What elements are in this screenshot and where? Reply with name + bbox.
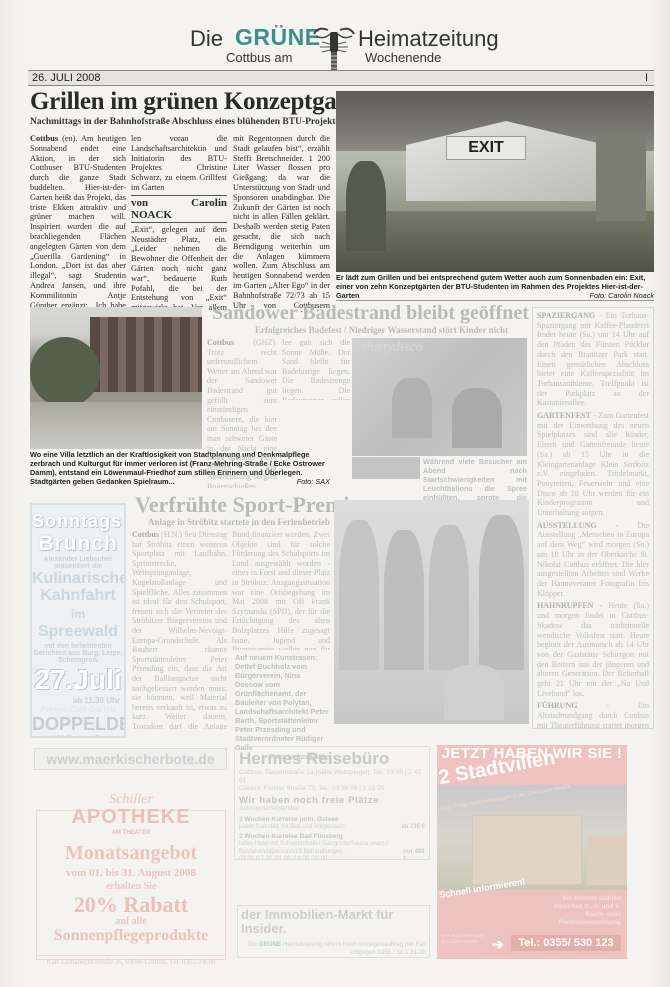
brunch-ad[interactable]: Sonntags- Brunch Alexander Liebscher prä… <box>30 503 126 738</box>
event-item: HAHNRUPFEN - Heute (Sa.) und morgen find… <box>537 601 649 698</box>
events-sidebar: SPAZIERGANG - Ein Torhaus-Spaziergang mi… <box>532 307 654 729</box>
immo-text: Die <box>248 941 259 948</box>
hermes-addr2: Döbern, Forster Straße 73, Tel.: 03 56 0… <box>239 785 425 793</box>
masthead: Die GRÜNE Heimatzeitung Cottbus am Woche… <box>160 0 520 60</box>
sandow-headline: Sandower Badestrand bleibt geöffnet <box>212 302 529 325</box>
hermes-months: Juli/August/September <box>239 806 425 814</box>
offer-row: Busfahrt/Vollpension/25 Behandlungen · 0… <box>239 849 425 861</box>
brunch-time: ab 11.30 Uhr <box>32 696 124 705</box>
apotheke-address: Karl-Liebknecht-Straße 26, 03046 Cottbus… <box>36 955 226 966</box>
brunch-venue: DOPPELDECK <box>32 714 124 735</box>
event-text: - Die Ausstellung „Menschen in Europa au… <box>537 521 649 598</box>
col-text: (GHZ). Trotz recht unfreundlichem Wetter… <box>207 338 277 488</box>
offer-desc2: Busfahrt/Vollpension/25 Behandlungen · 0… <box>239 849 403 861</box>
photo-credit: Foto: SAX <box>297 477 330 486</box>
event-text: - Heute (Sa.) und morgen findet in Cottb… <box>537 601 649 697</box>
masthead-heimatzeitung: Heimatzeitung <box>358 26 499 52</box>
stadtvillen-ad[interactable]: JETZT HABEN WIR SIE ! 2 Stadtvillen mit … <box>437 745 627 959</box>
col-text: Bund finanziert worden. Zwei Objekte sin… <box>232 530 330 650</box>
masthead-die: Die <box>190 26 223 52</box>
sport-subheadline: Anlage in Ströbitz startete in den Ferie… <box>148 517 330 527</box>
exit-photo-caption: Er lädt zum Grillen und bei entsprechend… <box>336 273 654 300</box>
event-item: GARTENFEST - Zum Gartenfest mit der Einw… <box>537 411 649 518</box>
immo-brand: GRÜNE <box>259 941 281 948</box>
party-photo-small <box>352 457 420 479</box>
brunch-big3: Spreewald <box>32 623 124 640</box>
offer-price: nur 499 € <box>403 849 425 861</box>
offer-desc: tolles Hotel mit Schwimmhalle/ Salzgrott… <box>239 841 425 849</box>
apotheke-line5: auf alle <box>36 916 226 927</box>
newspaper-page: Die GRÜNE Heimatzeitung Cottbus am Woche… <box>0 0 670 987</box>
caption-text: Wo eine Villa letztlich an der Kraftlosi… <box>30 450 325 486</box>
offer-row: jeden Samstag mit Bus und Vollpensionab … <box>239 824 425 832</box>
building-shape <box>587 835 627 885</box>
brunch-title1: Sonntags- <box>32 511 124 532</box>
event-title: HAHNRUPFEN <box>537 601 593 610</box>
dateline-location: Cottbus <box>132 530 159 539</box>
partydisco-sign: Partydisco <box>362 340 423 356</box>
villa-photo-caption: Wo eine Villa letztlich an der Kraftlosi… <box>30 450 330 486</box>
brunch-big1: Kulinarische <box>32 570 124 587</box>
sandow-col1: Cottbus (GHZ). Trotz recht unfreundliche… <box>207 338 277 488</box>
offer-title: 2 Wochen Kurreise poln. Ostsee <box>239 816 425 824</box>
arrow-right-icon: ➔ <box>492 936 504 953</box>
party-photo: Partydisco <box>352 338 527 456</box>
masthead-gruene: GRÜNE <box>235 24 321 51</box>
brunch-date: 27.Juli <box>32 664 124 696</box>
villen-musterhaus: DAS MUSTERHAUS IM LAUSITZPARK <box>441 933 489 944</box>
main-headline: Grillen im grünen Konzeptgarten <box>30 88 330 116</box>
main-article-col2: len voran die Landschaftsarchitektin und… <box>131 134 227 312</box>
villa-site-photo <box>30 307 202 449</box>
hermes-frei: Wir haben noch freie Plätze <box>239 795 425 806</box>
photo-credit: Foto: Carolin Noack <box>590 291 654 300</box>
immo-fax-line: Die GRÜNE Heimatzeitung nimmt Ihren Anze… <box>241 941 426 957</box>
event-title: GARTENFEST <box>537 411 591 420</box>
apotheke-line3: erhalten Sie <box>36 881 226 892</box>
author-byline: von Carolin NOACK <box>131 195 227 223</box>
immo-text: Heimatzeitung nimmt Ihren Anzeigenauftra… <box>281 941 426 956</box>
sport-col2: Bund finanziert worden. Zwei Objekte sin… <box>232 530 330 650</box>
sandow-col2: fee gab sich die Sonne Mühe. Der Sand bl… <box>282 338 350 400</box>
hermes-title: Hermes Reisebüro <box>239 749 425 769</box>
apotheke-ad[interactable]: Schiller APOTHEKE AM THEATER Monatsangeb… <box>36 790 226 978</box>
apotheke-line6: Sonnenpflegeprodukte <box>36 927 226 945</box>
main-subheadline: Nachmittags in der Bahnhofstraße Abschlu… <box>30 117 330 127</box>
offer-desc: jeden Samstag mit Bus und Vollpension <box>239 824 345 832</box>
masthead-sub-right: Wochenende <box>365 50 441 65</box>
exit-garden-photo: EXIT <box>336 91 654 272</box>
col-text: fee gab sich die Sonne Mühe. Der Sand bl… <box>282 338 350 400</box>
website-url-banner[interactable]: www.maerkischerbote.de <box>34 748 227 770</box>
sport-team-photo <box>334 500 529 724</box>
main-article-col1: Cottbus (en). Am heutigen Sonnabend ende… <box>30 134 126 312</box>
building-shape <box>472 815 582 885</box>
sport-photo-caption: Auf neuem Kunstrasen: Detlef Buchholz vo… <box>235 653 330 761</box>
dateline-location: Cottbus <box>207 338 234 347</box>
page-number: I <box>645 72 648 84</box>
issue-date: 26. JULI 2008 <box>32 72 101 84</box>
divider <box>336 300 654 301</box>
event-title: AUSSTELLUNG <box>537 521 597 530</box>
brunch-big2: Kahnfahrt <box>40 587 116 604</box>
villen-choose: Sie können wählen zwischen 2-, 3- und 4-… <box>541 895 621 927</box>
offer-price: ab 735 € <box>401 824 425 832</box>
apotheke-name: APOTHEKE <box>36 806 226 829</box>
event-title: SPAZIERGANG <box>537 311 595 320</box>
brunch-desc: mit den beliebtesten Gerichten aus Burg,… <box>32 643 124 664</box>
immo-title: der Immobilien-Markt für Insider. <box>241 908 426 936</box>
brunch-title2: Brunch <box>32 532 124 556</box>
event-title: FÜHRUNG <box>537 701 577 710</box>
immobilien-markt-ad[interactable]: der Immobilien-Markt für Insider. Die GR… <box>237 905 430 958</box>
apotheke-discount: 20% Rabatt <box>36 892 226 918</box>
main-article-col3: mit Regentonnen durch die Stadt gelaufen… <box>233 134 330 312</box>
brunch-venue-small: Presse-Café-Garten <box>32 705 124 714</box>
apotheke-line2: vom 01. bis 31. August 2008 <box>36 867 226 879</box>
hermes-addr1: Cottbus, Taubenstraße 1a (nähe Weltspieg… <box>239 769 425 785</box>
dateline-bar: 26. JULI 2008 I <box>28 70 654 86</box>
dateline-location: Cottbus <box>30 134 58 143</box>
apotheke-am-theater: AM THEATER <box>36 830 226 836</box>
masthead-sub-left: Cottbus am <box>226 50 292 65</box>
event-item: SPAZIERGANG - Ein Torhaus-Spaziergang mi… <box>537 311 649 408</box>
sandow-subheadline: Erfolgreiches Badefest / Niedriger Wasse… <box>255 325 508 335</box>
hermes-travel-ad[interactable]: Hermes Reisebüro Cottbus, Taubenstraße 1… <box>234 746 430 860</box>
event-item: FÜHRUNG - Ein Altstadtrundgang durch Cot… <box>537 701 649 729</box>
col-text: (en). Am heutigen Sonnabend endet eine A… <box>30 134 126 312</box>
caption-text: Auf neuem Kunstrasen: Detlef Buchholz vo… <box>235 653 329 752</box>
offer-title: 2 Wochen Kurreise Bad Flinsberg <box>239 833 425 841</box>
brunch-presenter: Alexander Liebscher präsentiert die <box>32 556 124 570</box>
event-text: - Zum Gartenfest mit der Einweihung des … <box>537 411 649 517</box>
col-text: (H.N.) Seit Dienstag hat Ströbitz einen … <box>132 530 227 730</box>
event-item: AUSSTELLUNG - Die Ausstellung „Menschen … <box>537 521 649 599</box>
sport-col1: Cottbus (H.N.) Seit Dienstag hat Ströbit… <box>132 530 227 730</box>
col-text: mit Regentonnen durch die Stadt gelaufen… <box>233 134 330 312</box>
exit-sign: EXIT <box>446 136 526 160</box>
villen-phone[interactable]: Tel.: 0355/ 530 123 <box>511 935 621 951</box>
event-text: - Ein Torhaus-Spaziergang mit Kaffee-Pla… <box>537 311 649 407</box>
apotheke-line1: Monatsangebot <box>36 842 226 865</box>
col-text: len voran die Landschaftsarchitektin und… <box>131 134 227 193</box>
col-text: „Exit“, gelegen auf dem Neustädter Platz… <box>131 225 227 312</box>
brunch-big2b: im <box>71 607 85 621</box>
brunch-price: nur 9,50 Euro pro Person <box>32 735 124 738</box>
